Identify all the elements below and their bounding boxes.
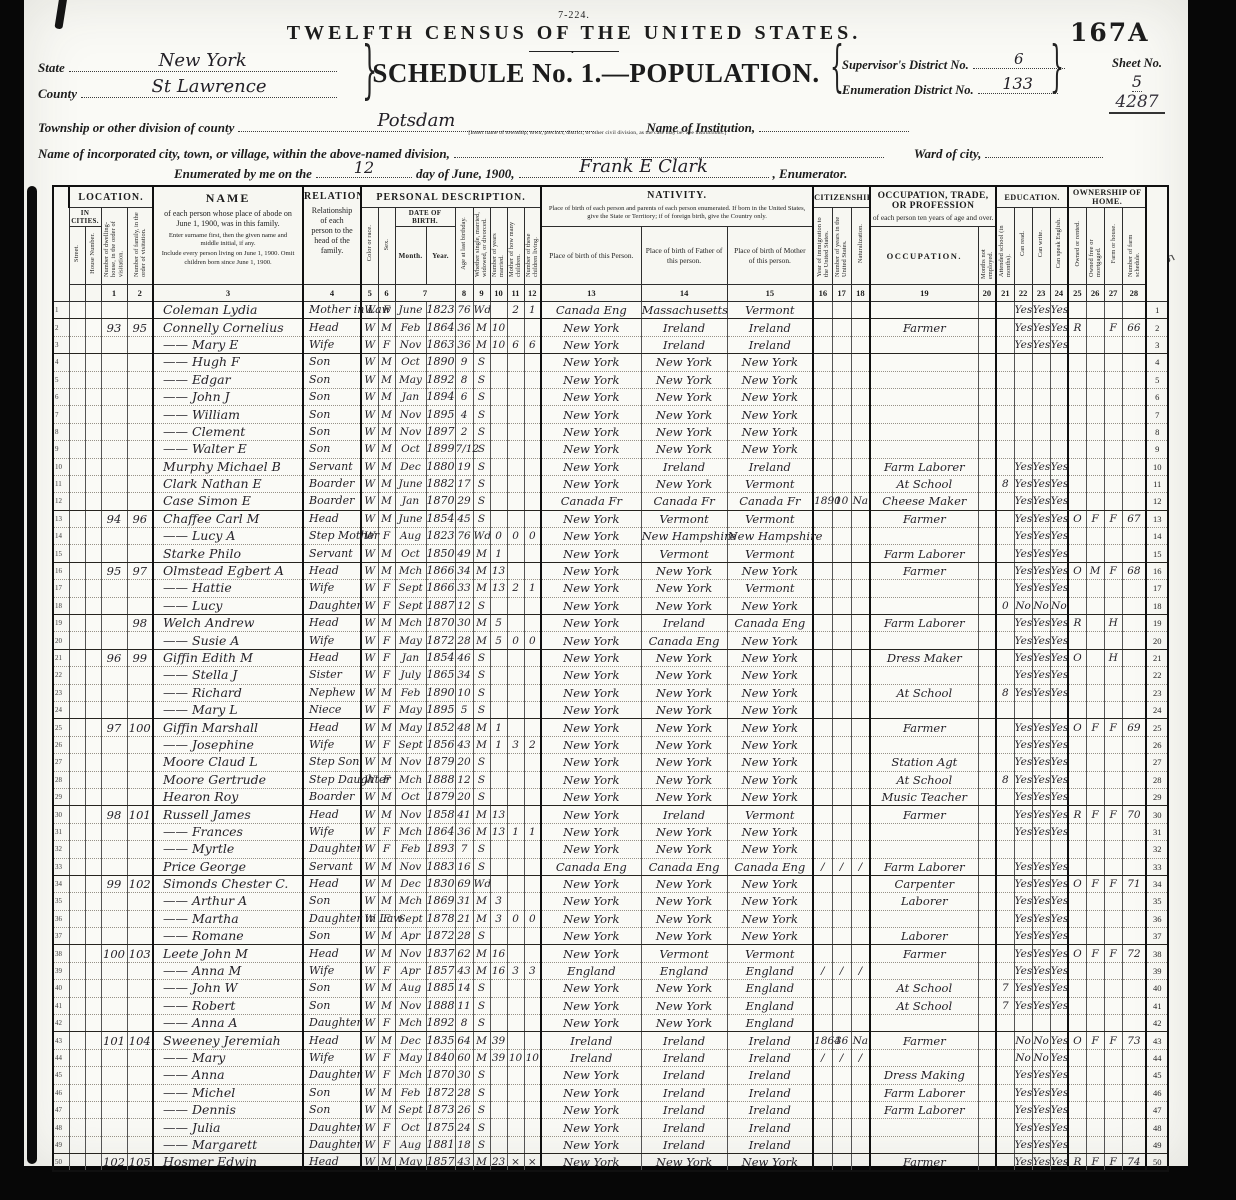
cell-rel: Head bbox=[303, 562, 361, 579]
cell-imm bbox=[813, 388, 832, 405]
cell-mo: Nov bbox=[395, 997, 426, 1014]
cell-sex: M bbox=[378, 858, 395, 875]
cell-mne bbox=[978, 806, 996, 823]
cell-sex: M bbox=[378, 1154, 395, 1172]
cell-moc: 0 bbox=[507, 528, 524, 545]
cell-pom: New York bbox=[727, 771, 813, 788]
cell-sch bbox=[996, 528, 1014, 545]
cell-yus: / bbox=[832, 858, 851, 875]
cell-pob: New York bbox=[541, 319, 641, 336]
cell-rel: Step Daughter bbox=[303, 771, 361, 788]
cell-occ bbox=[870, 1015, 978, 1032]
cell-rd bbox=[1014, 406, 1032, 423]
cell-rd: Yes bbox=[1014, 528, 1032, 545]
cell-en: No bbox=[1050, 597, 1068, 614]
cell-pof: Ireland bbox=[641, 1136, 727, 1153]
cell-farm bbox=[1104, 493, 1122, 510]
cell-n: 20 bbox=[53, 632, 69, 649]
census-table-body: 1Coleman LydiaMother in LawWFJune182376W… bbox=[53, 302, 1168, 1172]
cell-n: 42 bbox=[53, 1015, 69, 1032]
cell-wr: Yes bbox=[1032, 823, 1050, 840]
cell-en: Yes bbox=[1050, 684, 1068, 701]
cell-wr: Yes bbox=[1032, 475, 1050, 492]
cell-n: 28 bbox=[53, 771, 69, 788]
cell-mar: S bbox=[473, 997, 490, 1014]
cell-occ bbox=[870, 701, 978, 718]
cell-n2: 27 bbox=[1146, 754, 1168, 771]
cell-occ bbox=[870, 580, 978, 597]
cell-age: 60 bbox=[455, 1049, 473, 1066]
census-row: 8—— ClementSonWMNov18972SNew YorkNew Yor… bbox=[53, 423, 1168, 440]
cell-mo: Sept bbox=[395, 580, 426, 597]
cell-n2: 4 bbox=[1146, 354, 1168, 371]
cell-name: —— Julia bbox=[153, 1119, 303, 1136]
cell-mar: M bbox=[473, 893, 490, 910]
cell-fam bbox=[127, 771, 153, 788]
cell-moc bbox=[507, 1084, 524, 1101]
cell-rel: Son bbox=[303, 371, 361, 388]
cell-house bbox=[85, 615, 101, 632]
cell-wr: Yes bbox=[1032, 336, 1050, 353]
cell-fs bbox=[1122, 1136, 1146, 1153]
cell-n: 27 bbox=[53, 754, 69, 771]
cell-dw bbox=[101, 545, 127, 562]
cell-en bbox=[1050, 441, 1068, 458]
cell-pob: New York bbox=[541, 354, 641, 371]
cell-en: Yes bbox=[1050, 736, 1068, 753]
cell-age: 29 bbox=[455, 493, 473, 510]
cell-moc: 2 bbox=[507, 580, 524, 597]
cell-en: Yes bbox=[1050, 858, 1068, 875]
cell-age: 2 bbox=[455, 423, 473, 440]
cell-n2: 5 bbox=[1146, 371, 1168, 388]
cell-n2: 12 bbox=[1146, 493, 1168, 510]
cell-pob: New York bbox=[541, 823, 641, 840]
cell-mort bbox=[1086, 1119, 1104, 1136]
cell-house bbox=[85, 597, 101, 614]
owned-rented-header: Owned or rented. bbox=[1068, 208, 1086, 285]
cell-yus bbox=[832, 475, 851, 492]
enumeration-line: Enumerated by me on the 12 day of June, … bbox=[174, 163, 847, 183]
cell-liv bbox=[524, 858, 541, 875]
cell-rel: Head bbox=[303, 719, 361, 736]
cell-mne bbox=[978, 1032, 996, 1049]
cell-name: —— Martha bbox=[153, 910, 303, 927]
cell-street bbox=[69, 1032, 85, 1049]
cell-yr: 1890 bbox=[426, 354, 455, 371]
cell-name: —— Frances bbox=[153, 823, 303, 840]
cell-wr: Yes bbox=[1032, 875, 1050, 892]
cell-pom: England bbox=[727, 1015, 813, 1032]
cell-mort bbox=[1086, 736, 1104, 753]
cell-house bbox=[85, 1119, 101, 1136]
cell-sex: M bbox=[378, 388, 395, 405]
cell-sch bbox=[996, 510, 1014, 527]
cell-yus bbox=[832, 354, 851, 371]
cell-own bbox=[1068, 528, 1086, 545]
cell-fs bbox=[1122, 858, 1146, 875]
cell-nat bbox=[851, 545, 870, 562]
cell-wr: Yes bbox=[1032, 788, 1050, 805]
cell-rel: Son bbox=[303, 423, 361, 440]
cell-rd: Yes bbox=[1014, 910, 1032, 927]
cell-rd: Yes bbox=[1014, 736, 1032, 753]
cell-farm bbox=[1104, 545, 1122, 562]
cell-en: Yes bbox=[1050, 336, 1068, 353]
district-brace-open: { bbox=[830, 37, 844, 100]
cell-n2: 18 bbox=[1146, 597, 1168, 614]
cell-mar: S bbox=[473, 406, 490, 423]
cell-farm: H bbox=[1104, 649, 1122, 666]
state-value: New York bbox=[69, 50, 337, 71]
enumerator-name-line: Frank E Clark bbox=[519, 163, 769, 178]
cell-moc bbox=[507, 719, 524, 736]
cell-n2: 40 bbox=[1146, 980, 1168, 997]
cell-yus bbox=[832, 562, 851, 579]
cell-mort bbox=[1086, 371, 1104, 388]
cell-color: W bbox=[361, 388, 378, 405]
cell-ym bbox=[490, 597, 507, 614]
cell-pom: New York bbox=[727, 928, 813, 945]
cell-mne bbox=[978, 371, 996, 388]
age-header: Age at last birthday. bbox=[455, 208, 473, 285]
cell-mort bbox=[1086, 441, 1104, 458]
census-row: 26—— JosephineWifeWFSept185643M132New Yo… bbox=[53, 736, 1168, 753]
cell-dw bbox=[101, 1084, 127, 1101]
cell-sch bbox=[996, 858, 1014, 875]
cell-age: 14 bbox=[455, 980, 473, 997]
cell-yr: 1897 bbox=[426, 423, 455, 440]
cell-own bbox=[1068, 893, 1086, 910]
cell-dw: 93 bbox=[101, 319, 127, 336]
cell-own bbox=[1068, 736, 1086, 753]
census-row: 36—— MarthaDaughter in LawWFSept187821M3… bbox=[53, 910, 1168, 927]
cell-age: 19 bbox=[455, 458, 473, 475]
cell-name: —— Mary L bbox=[153, 701, 303, 718]
cell-imm bbox=[813, 736, 832, 753]
cell-farm: F bbox=[1104, 1032, 1122, 1049]
cell-own bbox=[1068, 1015, 1086, 1032]
cell-occ bbox=[870, 632, 978, 649]
cell-farm bbox=[1104, 928, 1122, 945]
cell-yr: 1830 bbox=[426, 875, 455, 892]
cell-nat bbox=[851, 875, 870, 892]
cell-mar: S bbox=[473, 423, 490, 440]
cell-moc bbox=[507, 423, 524, 440]
children-living-header: Number of these children living. bbox=[524, 208, 541, 285]
cell-yr: 1835 bbox=[426, 1032, 455, 1049]
cell-imm: / bbox=[813, 1049, 832, 1066]
cell-n: 35 bbox=[53, 893, 69, 910]
cell-pof: Ireland bbox=[641, 1032, 727, 1049]
cell-ym bbox=[490, 406, 507, 423]
cell-fam bbox=[127, 893, 153, 910]
cell-n: 17 bbox=[53, 580, 69, 597]
cell-fs bbox=[1122, 406, 1146, 423]
cell-nat bbox=[851, 997, 870, 1014]
pob-father-header: Place of birth of Father of this person. bbox=[641, 227, 727, 285]
cell-age: 10 bbox=[455, 684, 473, 701]
cell-ym bbox=[490, 684, 507, 701]
cell-rd bbox=[1014, 701, 1032, 718]
cell-own: O bbox=[1068, 1032, 1086, 1049]
cell-pom: New York bbox=[727, 910, 813, 927]
cell-pom: New York bbox=[727, 371, 813, 388]
cell-rd: Yes bbox=[1014, 302, 1032, 319]
cell-rel: Wife bbox=[303, 632, 361, 649]
cell-fs bbox=[1122, 736, 1146, 753]
cell-sch bbox=[996, 493, 1014, 510]
cell-imm bbox=[813, 649, 832, 666]
cell-rd bbox=[1014, 423, 1032, 440]
cell-rel: Step Mother bbox=[303, 528, 361, 545]
cell-dw bbox=[101, 980, 127, 997]
cell-mo: Jan bbox=[395, 493, 426, 510]
cell-n: 22 bbox=[53, 667, 69, 684]
location-group-header: LOCATION. bbox=[69, 186, 153, 208]
cell-farm bbox=[1104, 1119, 1122, 1136]
cell-n2: 7 bbox=[1146, 406, 1168, 423]
cell-fam bbox=[127, 406, 153, 423]
farm-schedule-header: Number of farm schedule. bbox=[1122, 208, 1146, 285]
cell-mo: Mch bbox=[395, 771, 426, 788]
cell-house bbox=[85, 562, 101, 579]
census-table-header: LOCATION. NAME of each person whose plac… bbox=[53, 186, 1168, 302]
enumeration-district-label: Enumeration District No. bbox=[842, 83, 974, 97]
cell-wr: Yes bbox=[1032, 928, 1050, 945]
cell-house bbox=[85, 319, 101, 336]
cell-mort bbox=[1086, 1015, 1104, 1032]
cell-sch bbox=[996, 319, 1014, 336]
cell-mort bbox=[1086, 754, 1104, 771]
cell-ym bbox=[490, 475, 507, 492]
cell-color: W bbox=[361, 1032, 378, 1049]
cell-yus: / bbox=[832, 1049, 851, 1066]
cell-rd: Yes bbox=[1014, 684, 1032, 701]
census-row: 18—— LucyDaughterWFSept188712SNew YorkNe… bbox=[53, 597, 1168, 614]
cell-yr: 1878 bbox=[426, 910, 455, 927]
cell-wr bbox=[1032, 841, 1050, 858]
cell-farm bbox=[1104, 371, 1122, 388]
cell-mar: M bbox=[473, 615, 490, 632]
cell-mo: Feb bbox=[395, 1084, 426, 1101]
cell-sch bbox=[996, 1015, 1014, 1032]
cell-rel: Niece bbox=[303, 701, 361, 718]
cell-n2: 44 bbox=[1146, 1049, 1168, 1066]
cell-sex: M bbox=[378, 1101, 395, 1118]
cell-sch bbox=[996, 562, 1014, 579]
census-row: 35—— Arthur ASonWMMch186931M3New YorkNew… bbox=[53, 893, 1168, 910]
cell-moc: 1 bbox=[507, 823, 524, 840]
cell-nat bbox=[851, 1067, 870, 1084]
cell-rd: Yes bbox=[1014, 475, 1032, 492]
cell-imm bbox=[813, 406, 832, 423]
cell-name: —— Michel bbox=[153, 1084, 303, 1101]
cell-sex: M bbox=[378, 1084, 395, 1101]
cell-age: 36 bbox=[455, 336, 473, 353]
cell-dw bbox=[101, 701, 127, 718]
cell-name: Russell James bbox=[153, 806, 303, 823]
cell-rel: Daughter in Law bbox=[303, 910, 361, 927]
cell-color: W bbox=[361, 580, 378, 597]
cell-rd: Yes bbox=[1014, 945, 1032, 962]
cell-age: 46 bbox=[455, 649, 473, 666]
cell-occ: Station Agt bbox=[870, 754, 978, 771]
cell-ym: 5 bbox=[490, 632, 507, 649]
cell-yr: 1892 bbox=[426, 371, 455, 388]
cell-dw bbox=[101, 1049, 127, 1066]
cell-house bbox=[85, 1049, 101, 1066]
cell-ym: 16 bbox=[490, 962, 507, 979]
cell-age: 28 bbox=[455, 1084, 473, 1101]
census-row: 40—— John WSonWMAug188514SNew YorkNew Yo… bbox=[53, 980, 1168, 997]
cell-sch bbox=[996, 1032, 1014, 1049]
cell-n: 3 bbox=[53, 336, 69, 353]
cell-pom: Ireland bbox=[727, 1101, 813, 1118]
cell-en: Yes bbox=[1050, 667, 1068, 684]
cell-yr: 1864 bbox=[426, 823, 455, 840]
cell-sch bbox=[996, 545, 1014, 562]
cell-mar: S bbox=[473, 458, 490, 475]
cell-rel: Mother in Law bbox=[303, 302, 361, 319]
cell-yr: 1857 bbox=[426, 962, 455, 979]
cell-yr: 1895 bbox=[426, 701, 455, 718]
cell-rel: Son bbox=[303, 406, 361, 423]
cell-imm bbox=[813, 354, 832, 371]
cell-rd: Yes bbox=[1014, 928, 1032, 945]
cell-occ bbox=[870, 597, 978, 614]
cell-mar: S bbox=[473, 1119, 490, 1136]
census-scan-page: { "colors":{"paper":"#fafaf6","ink":"#1c… bbox=[0, 0, 1236, 1200]
cell-street bbox=[69, 649, 85, 666]
cell-yr: 1858 bbox=[426, 806, 455, 823]
cell-own bbox=[1068, 701, 1086, 718]
cell-en: Yes bbox=[1050, 1067, 1068, 1084]
cell-rd: Yes bbox=[1014, 1119, 1032, 1136]
cell-pob: Canada Eng bbox=[541, 858, 641, 875]
in-cities-header: IN CITIES. bbox=[69, 208, 101, 227]
cell-yus bbox=[832, 597, 851, 614]
cell-en bbox=[1050, 1015, 1068, 1032]
district-brace-close: } bbox=[1050, 37, 1064, 100]
cell-occ: Farmer bbox=[870, 945, 978, 962]
cell-own bbox=[1068, 823, 1086, 840]
cell-wr: Yes bbox=[1032, 684, 1050, 701]
cell-pom: Canada Eng bbox=[727, 858, 813, 875]
census-row: 20—— Susie AWifeWFMay187228M500New YorkC… bbox=[53, 632, 1168, 649]
cell-fam bbox=[127, 1049, 153, 1066]
cell-pob: New York bbox=[541, 806, 641, 823]
cell-n: 13 bbox=[53, 510, 69, 527]
cell-imm bbox=[813, 597, 832, 614]
cell-mne bbox=[978, 354, 996, 371]
cell-street bbox=[69, 354, 85, 371]
cell-yr: 1870 bbox=[426, 1067, 455, 1084]
cell-nat bbox=[851, 1119, 870, 1136]
cell-mar: M bbox=[473, 736, 490, 753]
cell-street bbox=[69, 632, 85, 649]
cell-rel: Son bbox=[303, 441, 361, 458]
cell-rd: Yes bbox=[1014, 649, 1032, 666]
cell-dw: 102 bbox=[101, 1154, 127, 1172]
cell-mo: Sept bbox=[395, 910, 426, 927]
cell-fam bbox=[127, 475, 153, 492]
cell-street bbox=[69, 980, 85, 997]
cell-imm bbox=[813, 580, 832, 597]
cell-sch bbox=[996, 302, 1014, 319]
cell-nat: Na bbox=[851, 493, 870, 510]
cell-age: 26 bbox=[455, 1101, 473, 1118]
cell-own: O bbox=[1068, 510, 1086, 527]
immigration-year-header: Year of immigration to the United States… bbox=[813, 208, 832, 285]
cell-mne bbox=[978, 545, 996, 562]
cell-moc bbox=[507, 371, 524, 388]
cell-fam bbox=[127, 962, 153, 979]
cell-mne bbox=[978, 562, 996, 579]
cell-mar: Wd bbox=[473, 875, 490, 892]
cell-n: 11 bbox=[53, 475, 69, 492]
cell-rel: Wife bbox=[303, 336, 361, 353]
cell-imm: 1864 bbox=[813, 1032, 832, 1049]
cell-pof: Ireland bbox=[641, 458, 727, 475]
cell-fam bbox=[127, 910, 153, 927]
cell-house bbox=[85, 493, 101, 510]
cell-pob: New York bbox=[541, 580, 641, 597]
cell-en: Yes bbox=[1050, 893, 1068, 910]
cell-house bbox=[85, 528, 101, 545]
cell-occ: Farmer bbox=[870, 1032, 978, 1049]
cell-own bbox=[1068, 997, 1086, 1014]
cell-liv bbox=[524, 1101, 541, 1118]
cell-fs bbox=[1122, 701, 1146, 718]
cell-yus bbox=[832, 701, 851, 718]
cell-occ bbox=[870, 388, 978, 405]
cell-pob: New York bbox=[541, 841, 641, 858]
census-row: 43101104Sweeney JeremiahHeadWMDec183564M… bbox=[53, 1032, 1168, 1049]
cell-house bbox=[85, 667, 101, 684]
cell-rel: Head bbox=[303, 945, 361, 962]
cell-house bbox=[85, 302, 101, 319]
cell-color: W bbox=[361, 997, 378, 1014]
cell-fs: 69 bbox=[1122, 719, 1146, 736]
cell-pob: New York bbox=[541, 475, 641, 492]
cell-mar: S bbox=[473, 388, 490, 405]
cell-moc bbox=[507, 1101, 524, 1118]
cell-en: Yes bbox=[1050, 580, 1068, 597]
cell-liv bbox=[524, 1032, 541, 1049]
cell-en bbox=[1050, 354, 1068, 371]
cell-pom: Ireland bbox=[727, 1067, 813, 1084]
cell-occ: Farm Laborer bbox=[870, 545, 978, 562]
cell-ym: 13 bbox=[490, 562, 507, 579]
cell-name: Hearon Roy bbox=[153, 788, 303, 805]
cell-imm bbox=[813, 771, 832, 788]
cell-color: W bbox=[361, 1136, 378, 1153]
cell-sex: M bbox=[378, 493, 395, 510]
cell-nat bbox=[851, 615, 870, 632]
cell-nat bbox=[851, 597, 870, 614]
cell-rd: No bbox=[1014, 597, 1032, 614]
census-row: 45—— AnnaDaughterWFMch187030SNew YorkIre… bbox=[53, 1067, 1168, 1084]
cell-sex: F bbox=[378, 962, 395, 979]
cell-wr: Yes bbox=[1032, 858, 1050, 875]
cell-fs bbox=[1122, 597, 1146, 614]
cell-house bbox=[85, 823, 101, 840]
cell-color: W bbox=[361, 754, 378, 771]
cell-nat bbox=[851, 684, 870, 701]
birth-month-header: Month. bbox=[395, 227, 426, 285]
cell-sex: F bbox=[378, 736, 395, 753]
